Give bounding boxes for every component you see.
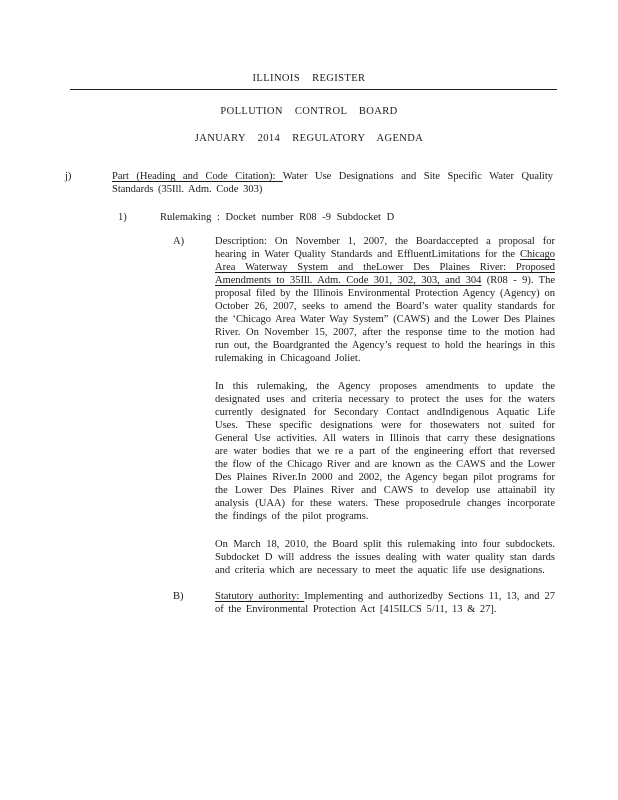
header-rule (70, 89, 557, 90)
section-b: B) Statutory authority: Implementing and… (0, 590, 618, 616)
item-j-heading: Part (Heading and Code Citation): Water … (112, 170, 553, 196)
description-paragraph-2: In this rulemaking, the Agency proposes … (215, 380, 555, 523)
section-a: A) Description: On November 1, 2007, the… (0, 235, 618, 577)
description-p1-before: Description: On November 1, 2007, the Bo… (215, 236, 555, 260)
register-title: ILLINOIS REGISTER (0, 72, 618, 85)
item-j: j) Part (Heading and Code Citation): Wat… (0, 170, 618, 196)
description-p1-after: (R08 - 9). The proposal filed by the Ill… (215, 275, 555, 364)
part-heading-citation-underline: Part (Heading and Code Citation): (112, 171, 283, 182)
section-b-body: Statutory authority: Implementing and au… (215, 590, 555, 616)
section-a-body: Description: On November 1, 2007, the Bo… (215, 235, 555, 577)
section-b-label: B) (173, 590, 215, 603)
document-page: ILLINOIS REGISTER POLLUTION CONTROL BOAR… (0, 0, 618, 800)
description-paragraph-1: Description: On November 1, 2007, the Bo… (215, 235, 555, 365)
description-paragraph-3: On March 18, 2010, the Board split this … (215, 538, 555, 577)
rulemaking-text: Rulemaking : Docket number R08 -9 Subdoc… (160, 211, 560, 224)
item-j-label: j) (65, 170, 112, 183)
statutory-authority-underline: Statutory authority: (215, 591, 304, 602)
agenda-title: JANUARY 2014 REGULATORY AGENDA (0, 132, 618, 145)
rulemaking-item: 1) Rulemaking : Docket number R08 -9 Sub… (0, 211, 618, 224)
board-title: POLLUTION CONTROL BOARD (0, 105, 618, 118)
rulemaking-label: 1) (118, 211, 160, 224)
section-a-label: A) (173, 235, 215, 248)
